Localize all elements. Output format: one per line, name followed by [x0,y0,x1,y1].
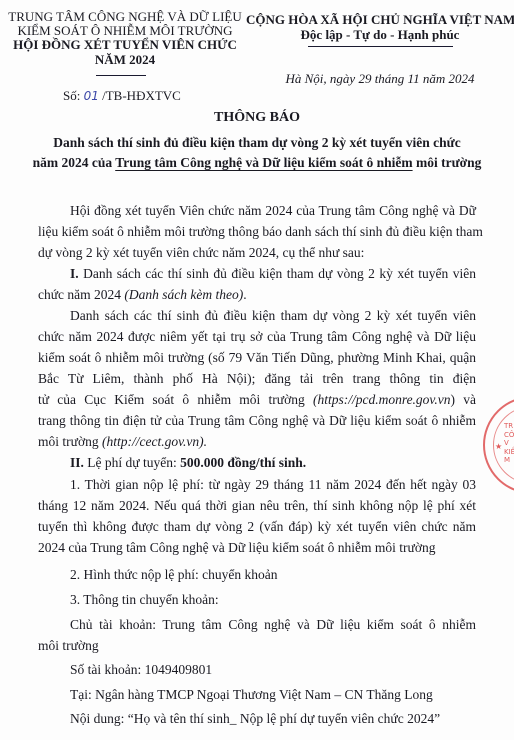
official-seal-stamp: ★ TR CÔ V KIỂM M [483,396,514,494]
number-handwritten: 01 [84,89,99,103]
council-name-line2: NĂM 2024 [0,53,250,68]
item-1-line: 1. Thời gian nộp lệ phí: từ ngày 29 thán… [70,477,476,493]
document-number: Số: 01 /TB-HĐXTVC [63,88,181,104]
bank-name: Tại: Ngân hàng TMCP Ngoại Thương Việt Na… [70,687,433,703]
council-name-line1: HỘI ĐỒNG XÉT TUYỂN VIÊN CHỨC [0,38,250,53]
account-holder-line2: môi trường [38,638,99,654]
nation-title: CỘNG HÒA XÃ HỘI CHỦ NGHĨA VIỆT NAM [246,13,514,28]
item-1-line: tháng 12 năm 2024. Nếu quá thời gian nêu… [38,498,476,514]
fee-amount: 500.000 đồng/thí sinh. [180,455,306,470]
subtitle-underlined: Trung tâm Công nghệ và Dữ liệu kiểm soát… [115,155,412,170]
posting-line: Danh sách các thí sinh đủ điều kiện tham… [70,308,476,324]
transfer-content: Nội dung: “Họ và tên thí sinh_ Nộp lệ ph… [70,711,440,727]
place-date: Hà Nội, ngày 29 tháng 11 năm 2024 [246,72,514,87]
seal-star-icon: ★ [495,442,502,451]
account-holder-line1: Chủ tài khoản: Trung tâm Công nghệ và Dữ… [70,617,476,633]
national-motto: Độc lập - Tự do - Hạnh phúc [246,28,514,43]
header-left-divider [96,75,146,76]
header-right-divider [308,46,453,47]
posting-line: trang thông tin điện tử của Trung tâm Cô… [38,413,476,429]
number-suffix: /TB-HĐXTVC [102,88,181,103]
posting-line: tử của Cục Kiểm soát ô nhiễm môi trường … [38,392,476,408]
section-2-fee: II. Lệ phí dự tuyển: 500.000 đồng/thí si… [70,455,306,471]
item-2: 2. Hình thức nộp lệ phí: chuyển khoản [70,567,278,583]
item-1-line: 2024 của Trung tâm Công nghệ và Dữ liệu … [38,540,436,556]
posting-line: chức năm 2024 được niêm yết tại trụ sở c… [38,329,476,345]
document-subtitle-line2: năm 2024 của Trung tâm Công nghệ và Dữ l… [0,155,514,171]
item-1-line: tuyển thì không được tham dự vòng 2 (vấn… [38,519,476,535]
posting-line: môi trường (http://cect.gov.vn). [38,434,207,450]
posting-line: kiểm soát ô nhiễm môi trường (số 79 Văn … [38,350,476,366]
section-1-line1: I. Danh sách các thí sinh đủ điều kiện t… [70,266,476,282]
intro-line: dự vòng 2 kỳ xét tuyển viên chức năm 202… [38,245,364,261]
number-label: Số: [63,88,80,103]
cect-url: (http://cect.gov.vn). [102,434,207,449]
seal-text: TR CÔ V KIỂM M [504,422,514,465]
account-number: Số tài khoản: 1049409801 [70,662,212,678]
document-subtitle-line1: Danh sách thí sinh đủ điều kiện tham dự … [0,135,514,151]
intro-line: Hội đồng xét tuyển Viên chức năm 2024 củ… [70,203,476,219]
item-3: 3. Thông tin chuyển khoản: [70,592,219,608]
section-1-line2: chức năm 2024 (Danh sách kèm theo). [38,287,247,303]
document-heading: THÔNG BÁO [0,110,514,126]
pcd-url: (https://pcd.monre.gov.vn [313,392,451,407]
posting-line: Bắc Từ Liêm, thành phố Hà Nội); đăng tải… [38,371,476,387]
intro-line: liệu kiểm soát ô nhiễm môi trường thông … [38,224,476,240]
